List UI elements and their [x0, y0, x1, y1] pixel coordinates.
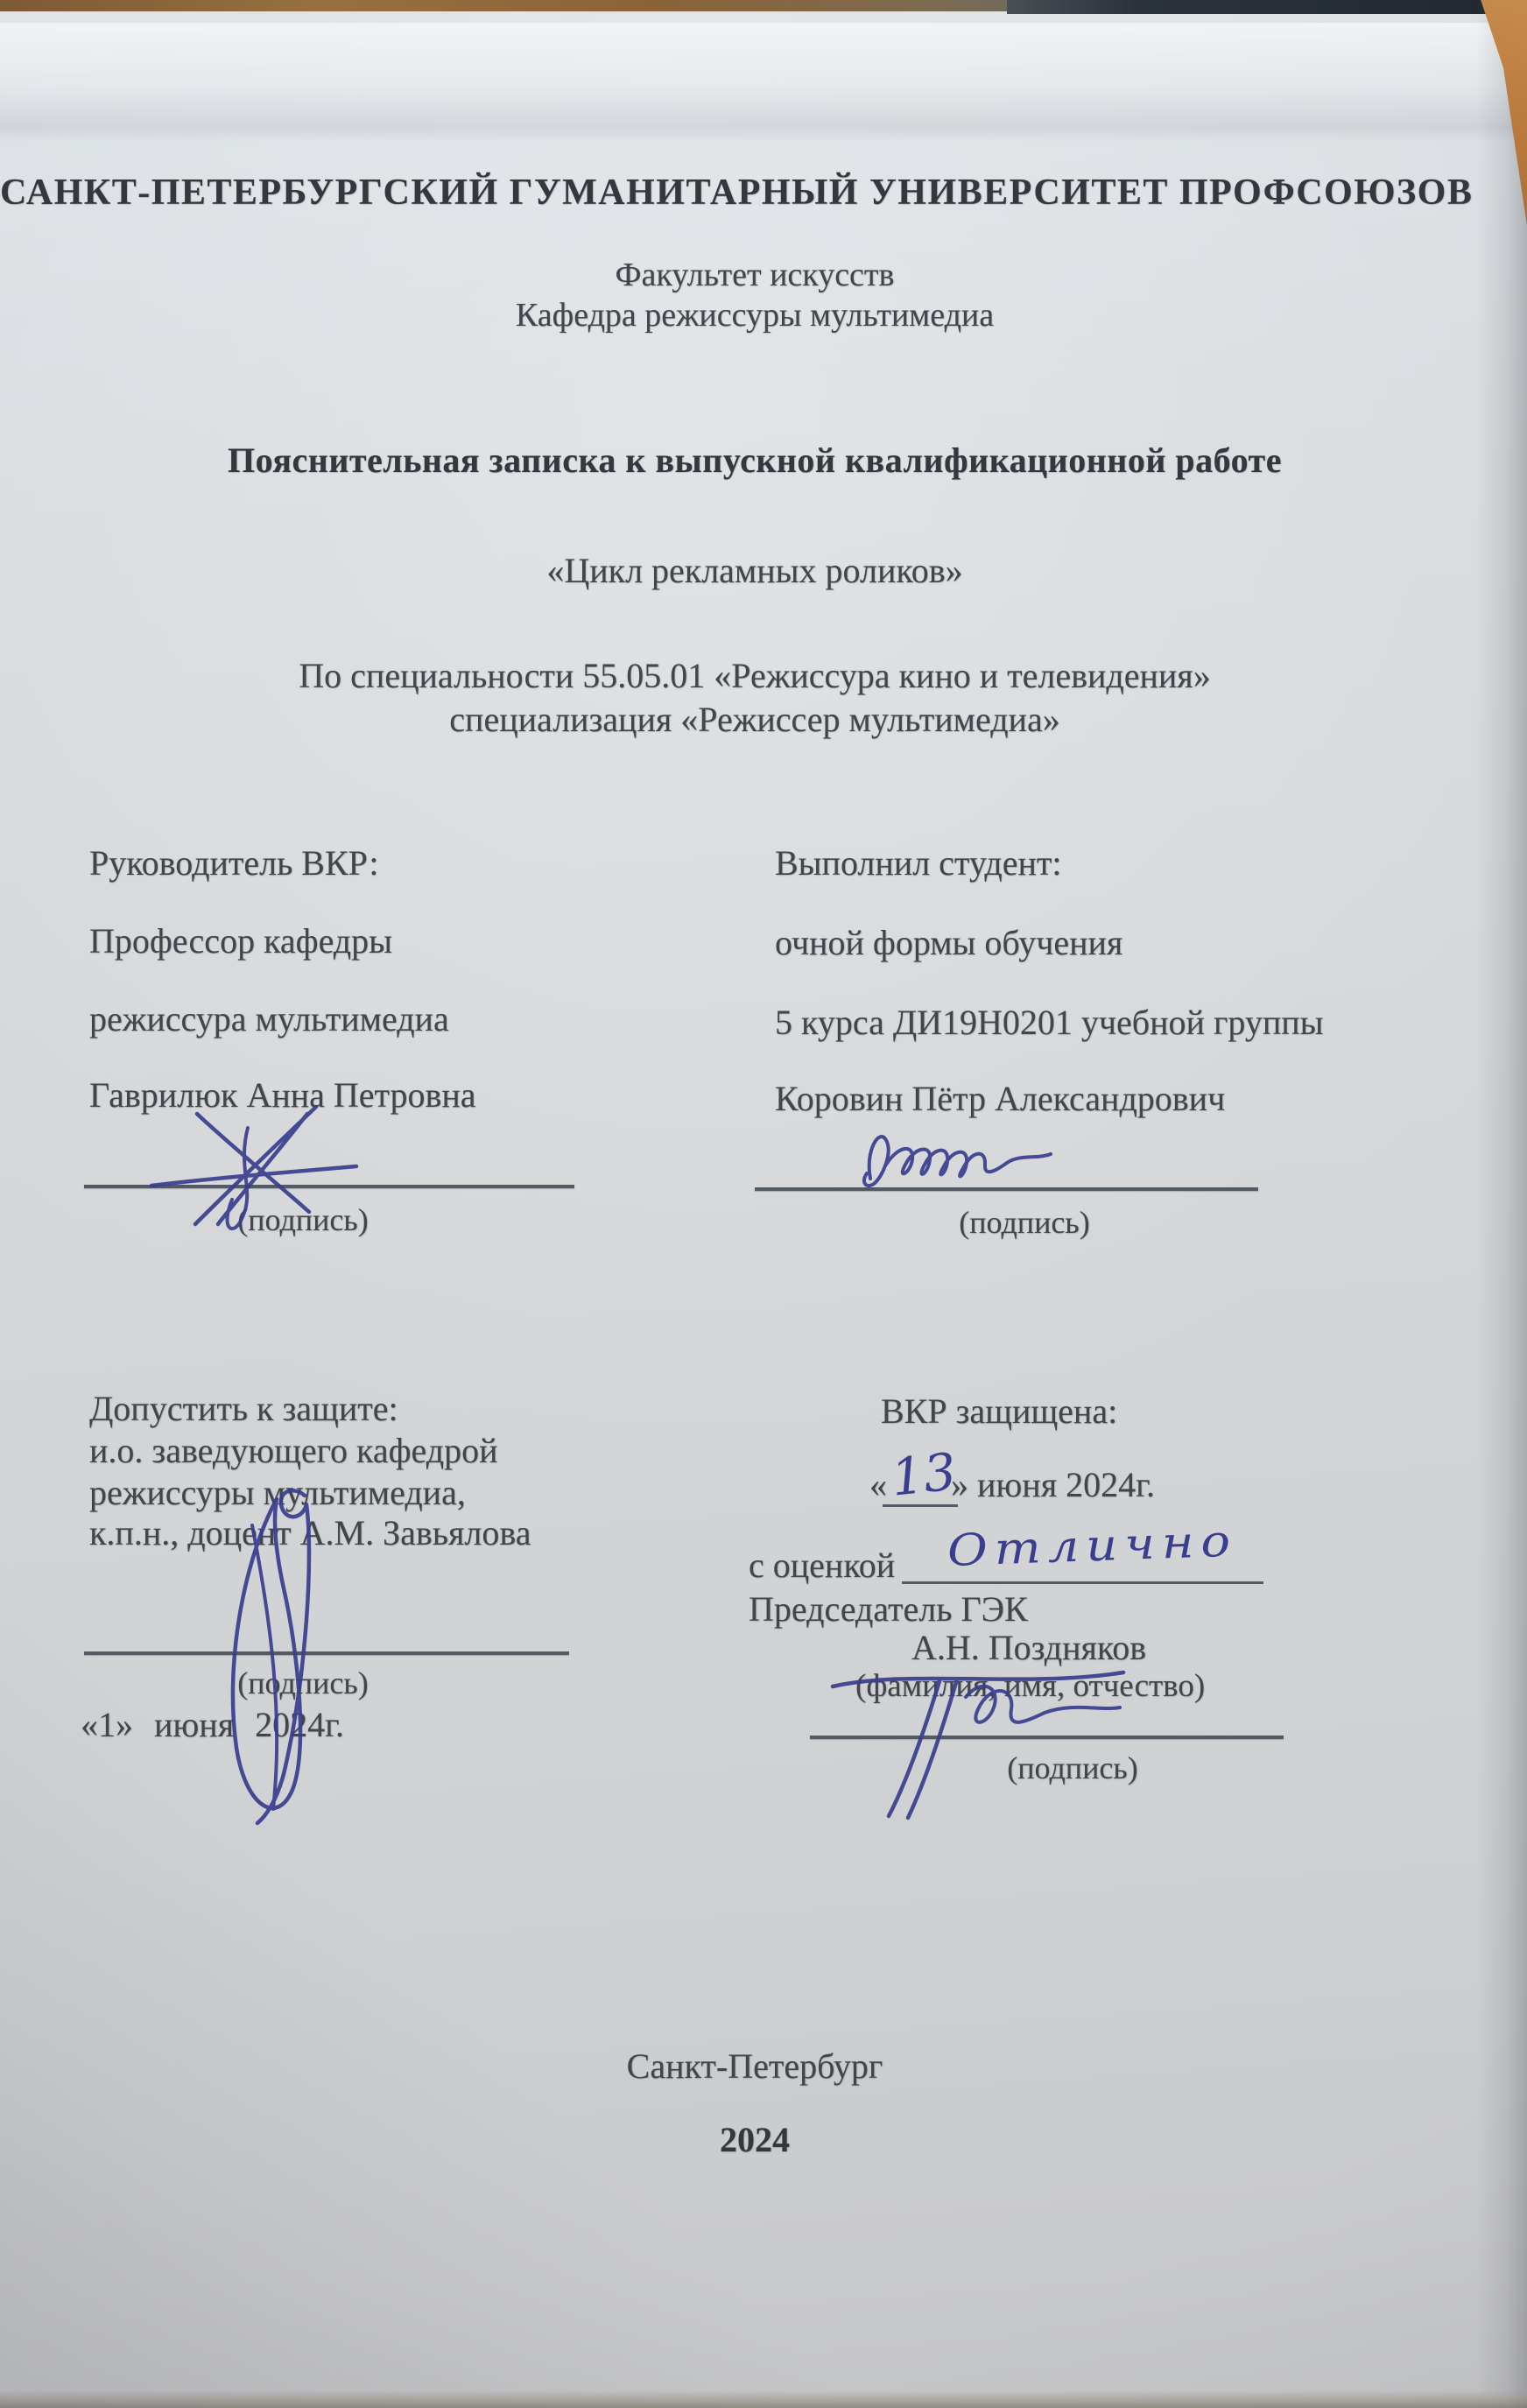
footer-year: 2024 — [0, 2119, 1509, 2160]
student-signature — [841, 1114, 1094, 1201]
grade-value-handwritten: Отлично — [946, 1515, 1238, 1576]
admission-line-1: Допустить к защите: — [89, 1388, 398, 1429]
paper-right-edge-shadow — [1476, 0, 1527, 2408]
paper-bottom-edge-shadow — [0, 2390, 1527, 2408]
scanned-thesis-title-page: САНКТ-ПЕТЕРБУРГСКИЙ ГУМАНИТАРНЫЙ УНИВЕРС… — [0, 0, 1527, 2408]
department-name: Кафедра режиссуры мультимедиа — [0, 296, 1509, 334]
grade-underline — [902, 1581, 1263, 1584]
supervisor-position-1: Профессор кафедры — [89, 920, 392, 961]
student-signature-caption: (подпись) — [779, 1204, 1270, 1241]
chairman-label: Председатель ГЭК — [749, 1588, 1028, 1630]
defense-date-rest: » июня 2024г. — [951, 1464, 1155, 1505]
paper-fold-highlight — [0, 23, 1527, 142]
supervisor-label: Руководитель ВКР: — [89, 842, 379, 884]
defense-title: ВКР защищена: — [881, 1391, 1117, 1432]
faculty-name: Факультет искусств — [0, 256, 1509, 294]
student-group: 5 курса ДИ19Н0201 учебной группы — [775, 1002, 1324, 1043]
chairman-signature — [827, 1657, 1129, 1823]
table-surface-strip — [0, 0, 1059, 11]
specialization-line: специализация «Режиссер мультимедиа» — [0, 699, 1509, 740]
university-name: САНКТ-ПЕТЕРБУРГСКИЙ ГУМАНИТАРНЫЙ УНИВЕРС… — [0, 172, 1457, 214]
supervisor-signature — [144, 1100, 363, 1231]
grade-label: с оценкой — [749, 1545, 895, 1586]
footer-city: Санкт-Петербург — [0, 2045, 1509, 2087]
defense-date-day-handwritten: 13 — [889, 1441, 960, 1507]
student-study-form: очной формы обучения — [775, 922, 1122, 963]
admission-signature — [200, 1483, 353, 1829]
specialty-line: По специальности 55.05.01 «Режиссура кин… — [0, 655, 1509, 696]
admission-line-2: и.о. заведующего кафедрой — [89, 1430, 498, 1471]
student-name: Коровин Пётр Александрович — [775, 1078, 1225, 1119]
supervisor-position-2: режиссура мультимедиа — [89, 998, 449, 1039]
defense-date-open-quote: « — [869, 1464, 887, 1505]
dark-object-strip — [1007, 0, 1527, 14]
work-title: «Цикл рекламных роликов» — [0, 550, 1509, 591]
student-label: Выполнил студент: — [775, 842, 1061, 884]
document-title: Пояснительная записка к выпускной квалиф… — [0, 440, 1509, 481]
